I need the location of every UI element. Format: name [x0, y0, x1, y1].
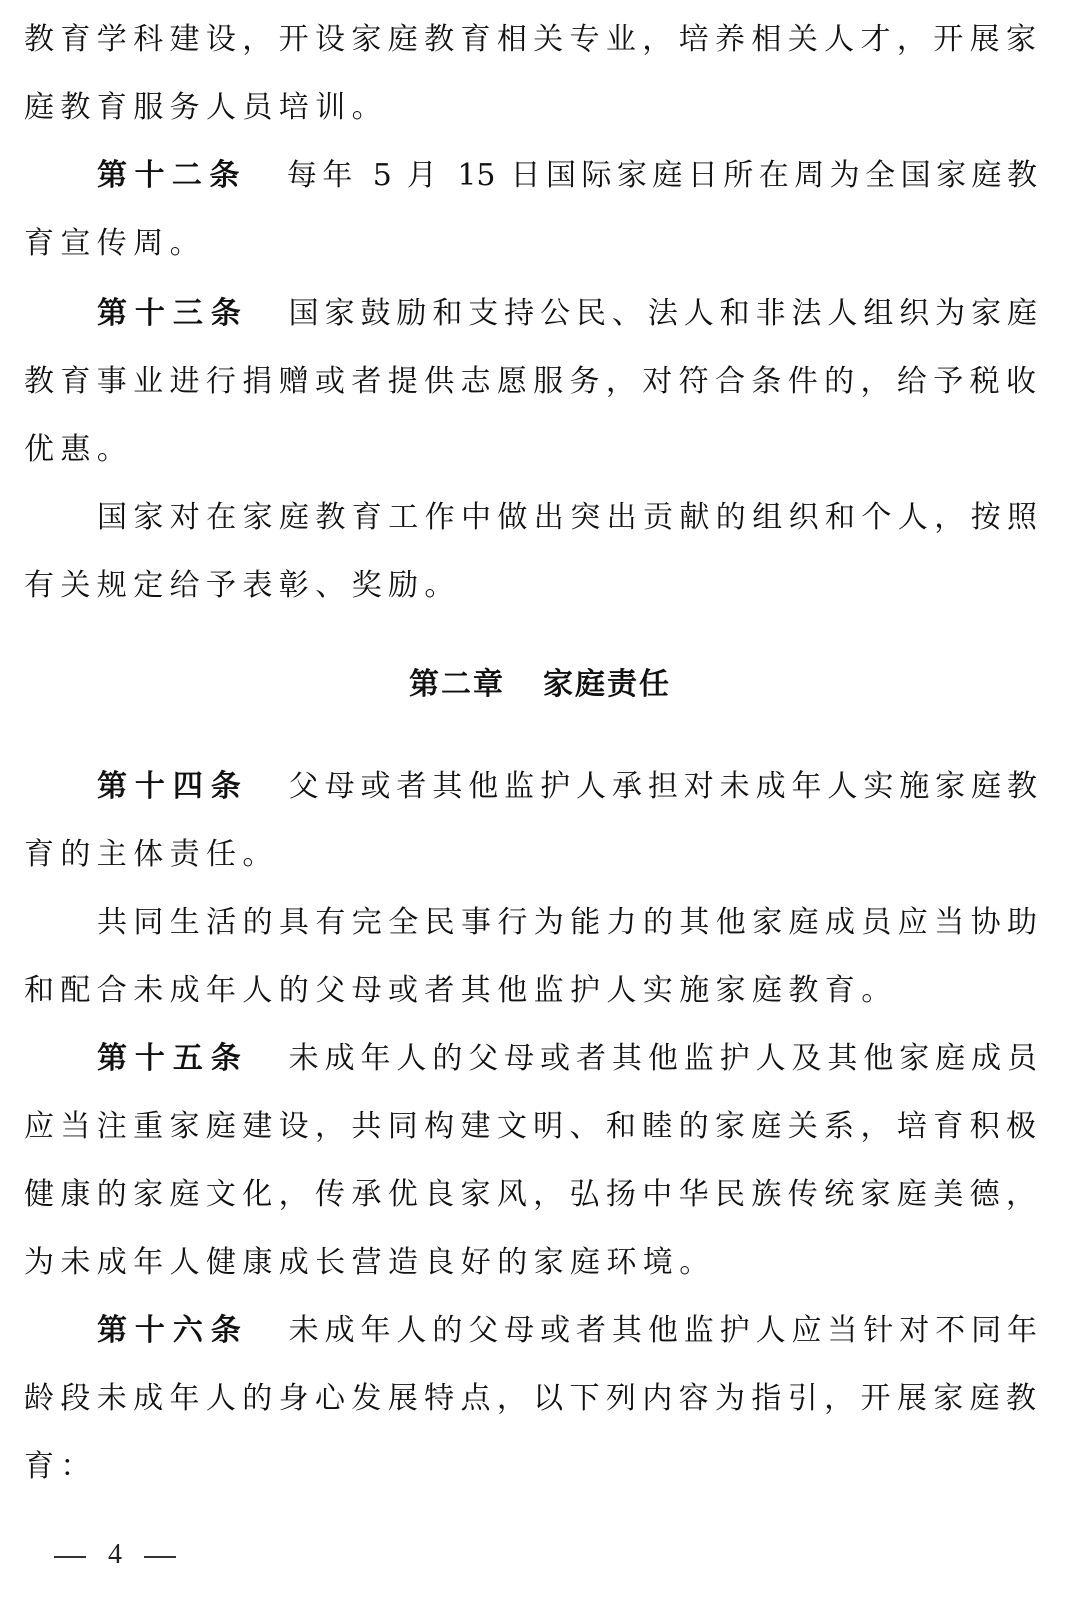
chapter-title: 家庭责任 — [543, 667, 671, 702]
article-text: 未成年人的父母或者其他监护人及其他家庭成员 — [289, 1041, 1037, 1076]
paragraph-line: 教育事业进行捐赠或者提供志愿服务，对符合条件的，给予税收 — [24, 357, 1036, 407]
article-text: 每年 5 月 15 日国际家庭日所在周为全国家庭教 — [287, 158, 1037, 193]
article-16-line: 第十六条未成年人的父母或者其他监护人应当针对不同年 — [97, 1306, 1037, 1356]
article-heading: 第十三条 — [97, 296, 249, 331]
document-page: 教育学科建设，开设家庭教育相关专业，培养相关人才，开展家 庭教育服务人员培训。 … — [0, 0, 1080, 1598]
paragraph-line: 育宣传周。 — [24, 219, 1036, 269]
paragraph-line: 有关规定给予表彰、奖励。 — [24, 561, 1036, 611]
page-number-footer: 4 — [54, 1535, 176, 1575]
paragraph-line: 龄段未成年人的身心发展特点，以下列内容为指引，开展家庭教 — [24, 1374, 1036, 1424]
paragraph-line: 健康的家庭文化，传承优良家风，弘扬中华民族传统家庭美德， — [24, 1170, 1036, 1220]
dash-decoration — [144, 1556, 176, 1558]
article-heading: 第十四条 — [97, 769, 249, 804]
article-14-line: 第十四条父母或者其他监护人承担对未成年人实施家庭教 — [97, 762, 1037, 812]
article-text: 未成年人的父母或者其他监护人应当针对不同年 — [289, 1313, 1037, 1348]
article-heading: 第十六条 — [97, 1313, 249, 1348]
paragraph-line: 优惠。 — [24, 425, 1036, 475]
paragraph-line: 共同生活的具有完全民事行为能力的其他家庭成员应当协助 — [97, 898, 1037, 948]
paragraph-line: 教育学科建设，开设家庭教育相关专业，培养相关人才，开展家 — [24, 15, 1036, 65]
article-heading: 第十五条 — [97, 1041, 249, 1076]
article-text: 父母或者其他监护人承担对未成年人实施家庭教 — [289, 769, 1037, 804]
paragraph-line: 为未成年人健康成长营造良好的家庭环境。 — [24, 1238, 1036, 1288]
page-number: 4 — [108, 1535, 122, 1575]
article-15-line: 第十五条未成年人的父母或者其他监护人及其他家庭成员 — [97, 1034, 1037, 1084]
article-13-line: 第十三条国家鼓励和支持公民、法人和非法人组织为家庭 — [97, 289, 1037, 339]
dash-decoration — [54, 1556, 86, 1558]
chapter-number: 第二章 — [409, 667, 505, 702]
paragraph-line: 和配合未成年人的父母或者其他监护人实施家庭教育。 — [24, 966, 1036, 1016]
paragraph-line: 育： — [24, 1442, 1036, 1492]
article-12-line: 第十二条每年 5 月 15 日国际家庭日所在周为全国家庭教 — [97, 151, 1037, 201]
article-text: 国家鼓励和支持公民、法人和非法人组织为家庭 — [289, 296, 1037, 331]
paragraph-line: 国家对在家庭教育工作中做出突出贡献的组织和个人，按照 — [97, 493, 1037, 543]
paragraph-line: 育的主体责任。 — [24, 830, 1036, 880]
article-heading: 第十二条 — [97, 158, 247, 193]
paragraph-line: 应当注重家庭建设，共同构建文明、和睦的家庭关系，培育积极 — [24, 1102, 1036, 1152]
chapter-heading: 第二章家庭责任 — [0, 660, 1080, 710]
paragraph-line: 庭教育服务人员培训。 — [24, 83, 1036, 133]
